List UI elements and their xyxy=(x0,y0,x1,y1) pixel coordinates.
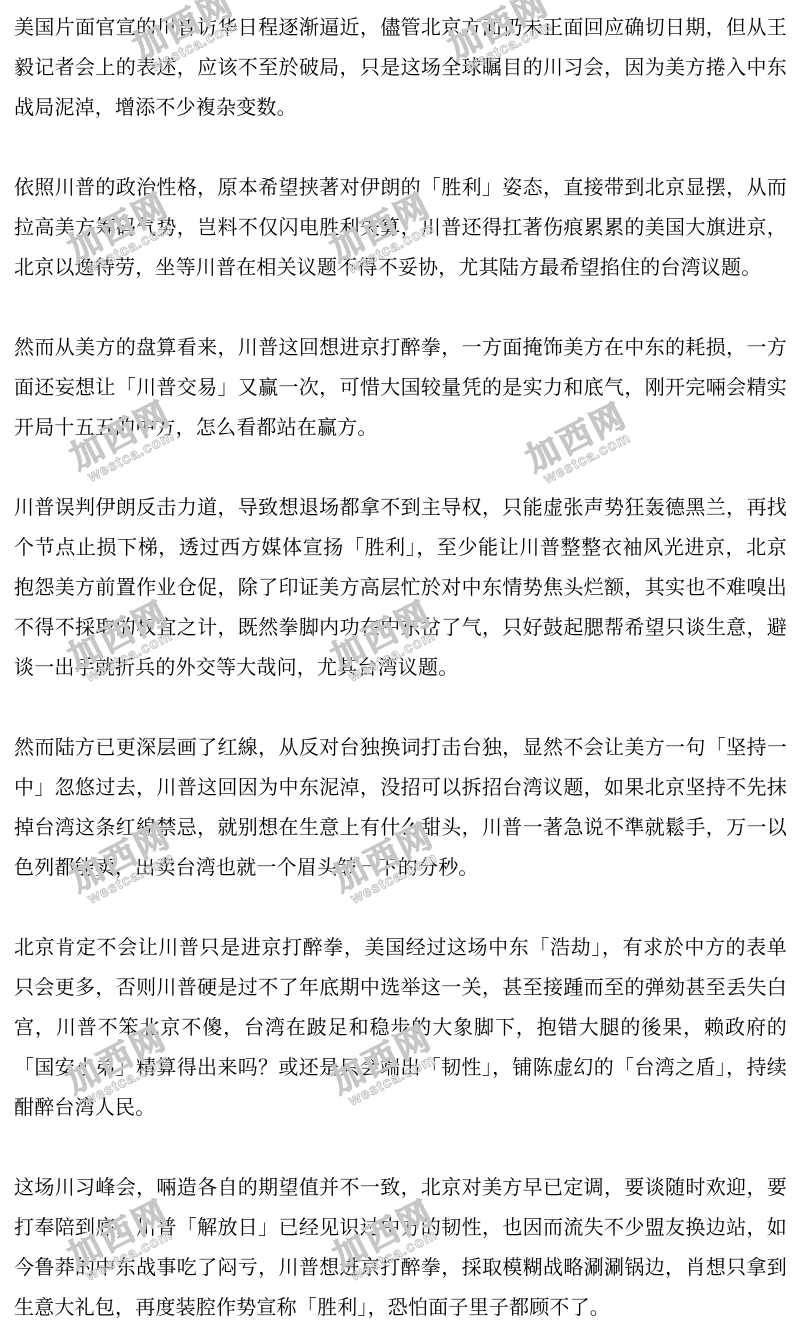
article-paragraph: 然而陆方已更深层画了红線，从反对台独换词打击台独，显然不会让美方一句「坚持一中」… xyxy=(14,728,787,888)
article-paragraph: 川普误判伊朗反击力道，导致想退场都拿不到主导权，只能虚张声势狂轰德黑兰，再找个节… xyxy=(14,488,787,688)
article-paragraph: 依照川普的政治性格，原本希望挟著对伊朗的「胜利」姿态，直接带到北京显摆，从而拉高… xyxy=(14,168,787,288)
article-page: 加西网westca.com加西网westca.com加西网westca.com加… xyxy=(0,0,800,1336)
article-paragraph: 这场川习峰会，啢造各自的期望值并不一致，北京对美方早已定调，要谈随时欢迎，要打奉… xyxy=(14,1168,787,1328)
article-paragraph: 美国片面官宣的川普访华日程逐渐逼近，儘管北京方面仍未正面回应确切日期，但从王毅记… xyxy=(14,8,787,128)
article-paragraph: 然而从美方的盘算看来，川普这回想进京打醉拳，一方面掩饰美方在中东的耗损，一方面还… xyxy=(14,328,787,448)
article-body: 美国片面官宣的川普访华日程逐渐逼近，儘管北京方面仍未正面回应确切日期，但从王毅记… xyxy=(0,0,800,1328)
article-paragraph: 北京肯定不会让川普只是进京打醉拳，美国经过这场中东「浩劫」，有求於中方的表单只会… xyxy=(14,928,787,1128)
